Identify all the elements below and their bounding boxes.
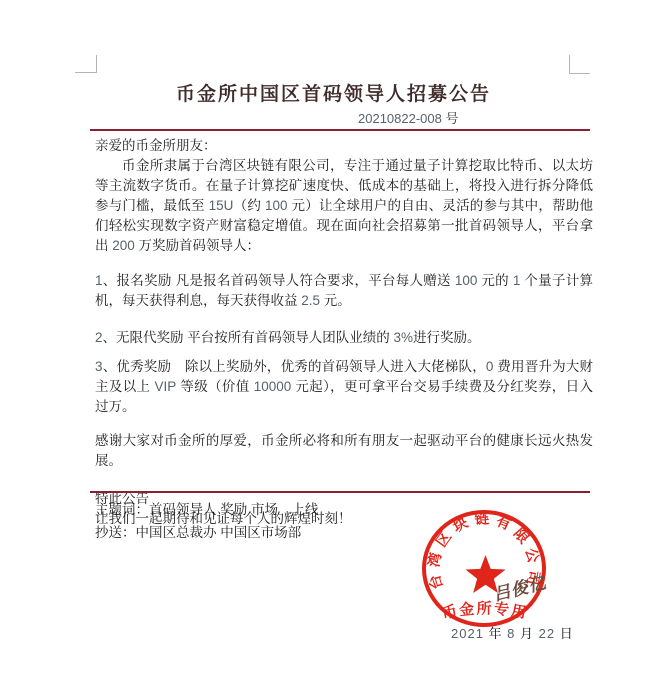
margin-crop-mark-right [569, 55, 590, 74]
issue-date: 2021 年 8 月 22 日 [451, 623, 574, 642]
doc-number: 20210822-008 号 [358, 108, 458, 127]
document-body: 亲爱的币金所朋友： 币金所隶属于台湾区块链有限公司，专注于通过量子计算挖取比特币… [95, 136, 593, 529]
page-title: 币金所中国区首码领导人招募公告 [0, 79, 667, 106]
signature: 吕俊亿 [491, 573, 549, 605]
salutation: 亲爱的币金所朋友： [95, 136, 593, 156]
seal-label: 币金所专用 [440, 599, 529, 622]
top-divider [90, 129, 590, 131]
reward-item-1: 1、报名奖励 凡是报名首码领导人符合要求，平台每人赠送 100 元的 1 个量子… [95, 271, 593, 311]
reward-item-3: 3、优秀奖励 除以上奖励外，优秀的首码领导人进入大佬梯队，0 费用晋升为大财主及… [95, 357, 593, 417]
margin-crop-mark-left [75, 55, 97, 73]
announcement-page: 币金所中国区首码领导人招募公告 20210822-008 号 亲爱的币金所朋友：… [0, 0, 667, 678]
bottom-divider [90, 491, 590, 493]
thanks-paragraph: 感谢大家对币金所的厚爱，币金所必将和所有朋友一起驱动平台的健康长远火热发展。 [95, 431, 593, 471]
intro-paragraph: 币金所隶属于台湾区块链有限公司，专注于通过量子计算挖取比特币、以太坊等主流数字货… [95, 156, 593, 256]
reward-item-2: 2、无限代奖励 平台按所有首码领导人团队业绩的 3%进行奖励。 [95, 328, 593, 348]
